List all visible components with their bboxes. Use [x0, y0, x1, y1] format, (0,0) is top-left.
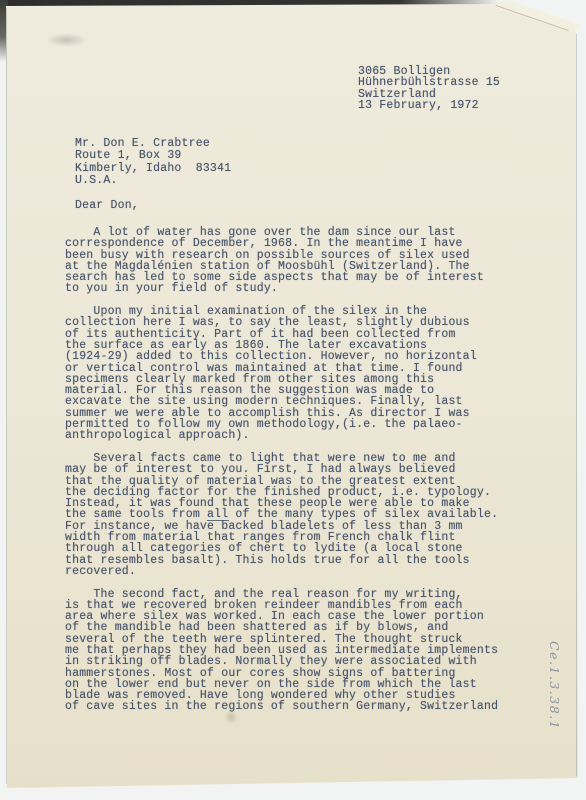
catalog-number-annotation: Ce.1.3.38.1: [547, 641, 562, 730]
pencil-smudge: [45, 33, 87, 47]
underline-emphasis-all: [207, 520, 229, 521]
paper-left-edge: [6, 8, 7, 784]
paper-right-edge: [576, 34, 577, 776]
paragraph-3: Several facts came to light that were ne…: [65, 453, 515, 577]
scanned-letter-page: 3065 Bolligen Hühnerbühlstrasse 15 Switz…: [0, 0, 586, 800]
paragraph-4: The second fact, and the real reason for…: [65, 589, 515, 713]
salutation: Dear Don,: [75, 200, 139, 212]
return-address: 3065 Bolligen Hühnerbühlstrasse 15 Switz…: [358, 66, 500, 112]
paragraph-2: Upon my initial examination of the silex…: [65, 306, 515, 442]
paragraph-1: A lot of water has gone over the dam sin…: [65, 227, 515, 295]
letter-body: A lot of water has gone over the dam sin…: [65, 227, 515, 724]
recipient-address: Mr. Don E. Crabtree Route 1, Box 39 Kimb…: [75, 138, 231, 187]
